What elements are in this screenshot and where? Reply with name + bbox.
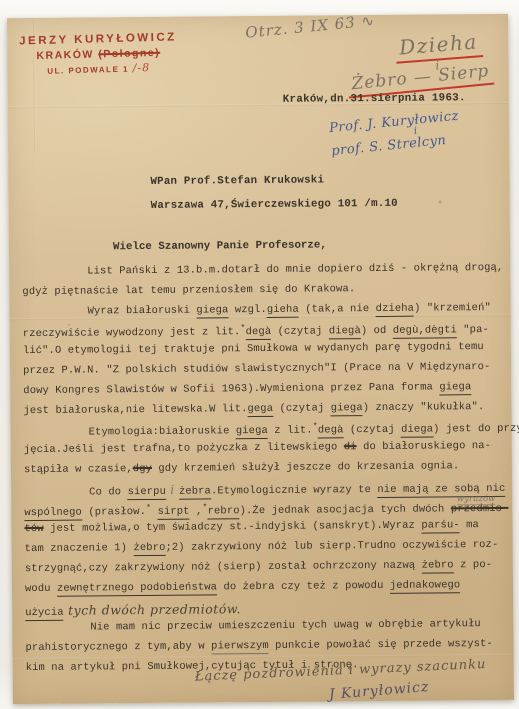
segment-x: przedmio-wyrazów [451,502,509,515]
segment-x: di [344,441,357,453]
stamp-hand-number: /-8 [133,61,151,74]
segment-u: giega [236,425,268,439]
recipient-address: Warszawa 47,Świerczewskiego 101 /m.10 [151,192,398,218]
segment-u: diega [401,424,433,438]
segment-text: List Pański z 13.b.m.dotarł do mnie dopi… [87,262,503,278]
recipient-block: WPan Prof.Stefan Krukowski Warszawa 47,Ś… [150,168,398,218]
segment-text: prahistorycznego z tym,aby w [25,641,211,655]
segment-text: Wyraz białoruski [88,304,197,317]
segment-u: gieha [267,303,299,317]
stamp-street: UL. PODWALE 1 [47,65,129,76]
segment-text: , [190,505,203,517]
segment-u: diegà [329,326,361,340]
segment-text: punkcie powołać się przede wszyst- [269,638,493,652]
segment-text: do żebra czy też z powodu [217,580,390,594]
segment-text: Co do [89,486,128,498]
segment-text: jest białoruska,nie litewska.W lit. [23,403,247,417]
segment-u: sierpu [128,486,167,500]
segment-text: (czytaj [343,424,401,437]
segment-text: tam znaczenie 1) [25,542,134,555]
segment-text: ;2) zakrzywiony nóż lub sierp.Trudno ocz… [165,539,498,554]
segment-text: Etymologia:białoruskie [89,426,236,439]
segment-u: degù,dègti [393,325,457,340]
segment-text: stąpiła w czasie, [24,463,133,476]
received-date-note: Otrz. 3 IX 63 ∿ [245,11,376,41]
segment-u: degà [246,326,272,340]
segment-u: giega [331,402,363,416]
segment-text: dowy Kongres Slawistów w Sofii 1963).Wym… [23,381,439,397]
segment-text: ) znaczy "kukułka". [363,401,485,414]
segment-text: ).Że jednak asocjacja tych dwóch [240,503,451,517]
signature: J Kuryłowicz [328,679,429,703]
segment-x: dgy [133,463,152,475]
segment-u: dzieha [376,302,415,316]
segment-u: użycia [25,606,64,620]
letterhead-stamp: JERZY KURYŁOWICZ KRAKÓW (Pologne) UL. PO… [13,31,184,77]
segment-text: gdyż piętnaście lat temu przeniosłem się… [22,283,355,298]
segment-text: ) "krzemień" [414,302,491,315]
segment-text: (prasłow. [82,506,146,519]
stamp-country-struck: (Pologne) [98,47,160,61]
segment-u: zewnętrznego podobieństwa [57,581,217,596]
segment-text: do białoruskiego na- [357,440,492,453]
letter-body: List Pański z 13.b.m.dotarł do mnie dopi… [22,262,514,682]
segment-text: (tak,a nie [299,303,376,316]
ink-name-2: prof. S. Strelcyn [331,132,462,159]
paper-speck [439,200,442,203]
segment-handink: tych dwóch przedmiotów. [64,601,242,618]
stamp-city: KRAKÓW [36,49,94,62]
segment-u: gega [247,402,273,416]
letter-page: JERZY KURYŁOWICZ KRAKÓW (Pologne) UL. PO… [7,14,514,704]
segment-hu: pierwszym [211,640,269,655]
segment-text: strzygnąć,czy zakrzywiony nóż (sierp) zo… [25,560,422,575]
segment-text: .Etymologicznie wyrazy te [211,484,378,497]
segment-text: jest możliwa,o tym świadczy st.-indyjski… [44,520,422,535]
segment-text: wodu [25,583,57,595]
recipient-name: WPan Prof.Stefan Krukowski [150,168,397,194]
segment-u: giega [196,304,228,318]
segment-u: żebra [179,485,211,499]
segment-text: Nie mam nic przeciw umieszczeniu tych uw… [90,618,481,633]
date-line: Kraków,dn.31.sierpnia 1963. [283,92,466,106]
segment-text: jęcia.Jeśli jest trafna,to pożyczka z li… [24,441,344,456]
segment-u: parśu- [421,520,460,534]
segment-text: ) jest do przy- [433,423,519,436]
segment-text: ) od [361,325,393,337]
segment-u: żebro [133,542,165,556]
stamp-name: JERZY KURYŁOWICZ [13,31,183,47]
ink-names-note: Prof. J. Kuryłowicz i prof. S. Strelcyn [329,109,462,159]
segment-u: rebro [208,505,240,519]
segment-u: sirpt [158,505,190,519]
segment-u: żebro [422,559,454,573]
salutation: Wielce Szanowny Panie Profesorze, [113,239,327,253]
segment-u: giega [439,381,471,395]
segment-text: rzeczywiście wywodzony jest z lit. [23,327,241,341]
segment-text: (czytaj [271,326,329,339]
segment-u: jednakowego [390,579,461,594]
segment-text: ma [460,519,479,531]
pencil-correction-note: wyrazów [457,494,496,505]
segment-text: z po- [454,559,493,571]
segment-text: (czytaj [273,402,331,415]
segment-u: degà [318,425,344,439]
segment-hand: i [166,482,179,496]
segment-text: gdy krzemień służył jeszcze do krzesania… [152,460,459,475]
stamp-street-line: UL. PODWALE 1 /-8 [14,60,184,77]
segment-text: "pa- [457,324,489,336]
segment-text: wzgl. [228,304,267,316]
segment-text: z lit. [268,425,313,437]
segment-x: tów [24,523,43,535]
segment-u: wspólnego [24,506,82,521]
